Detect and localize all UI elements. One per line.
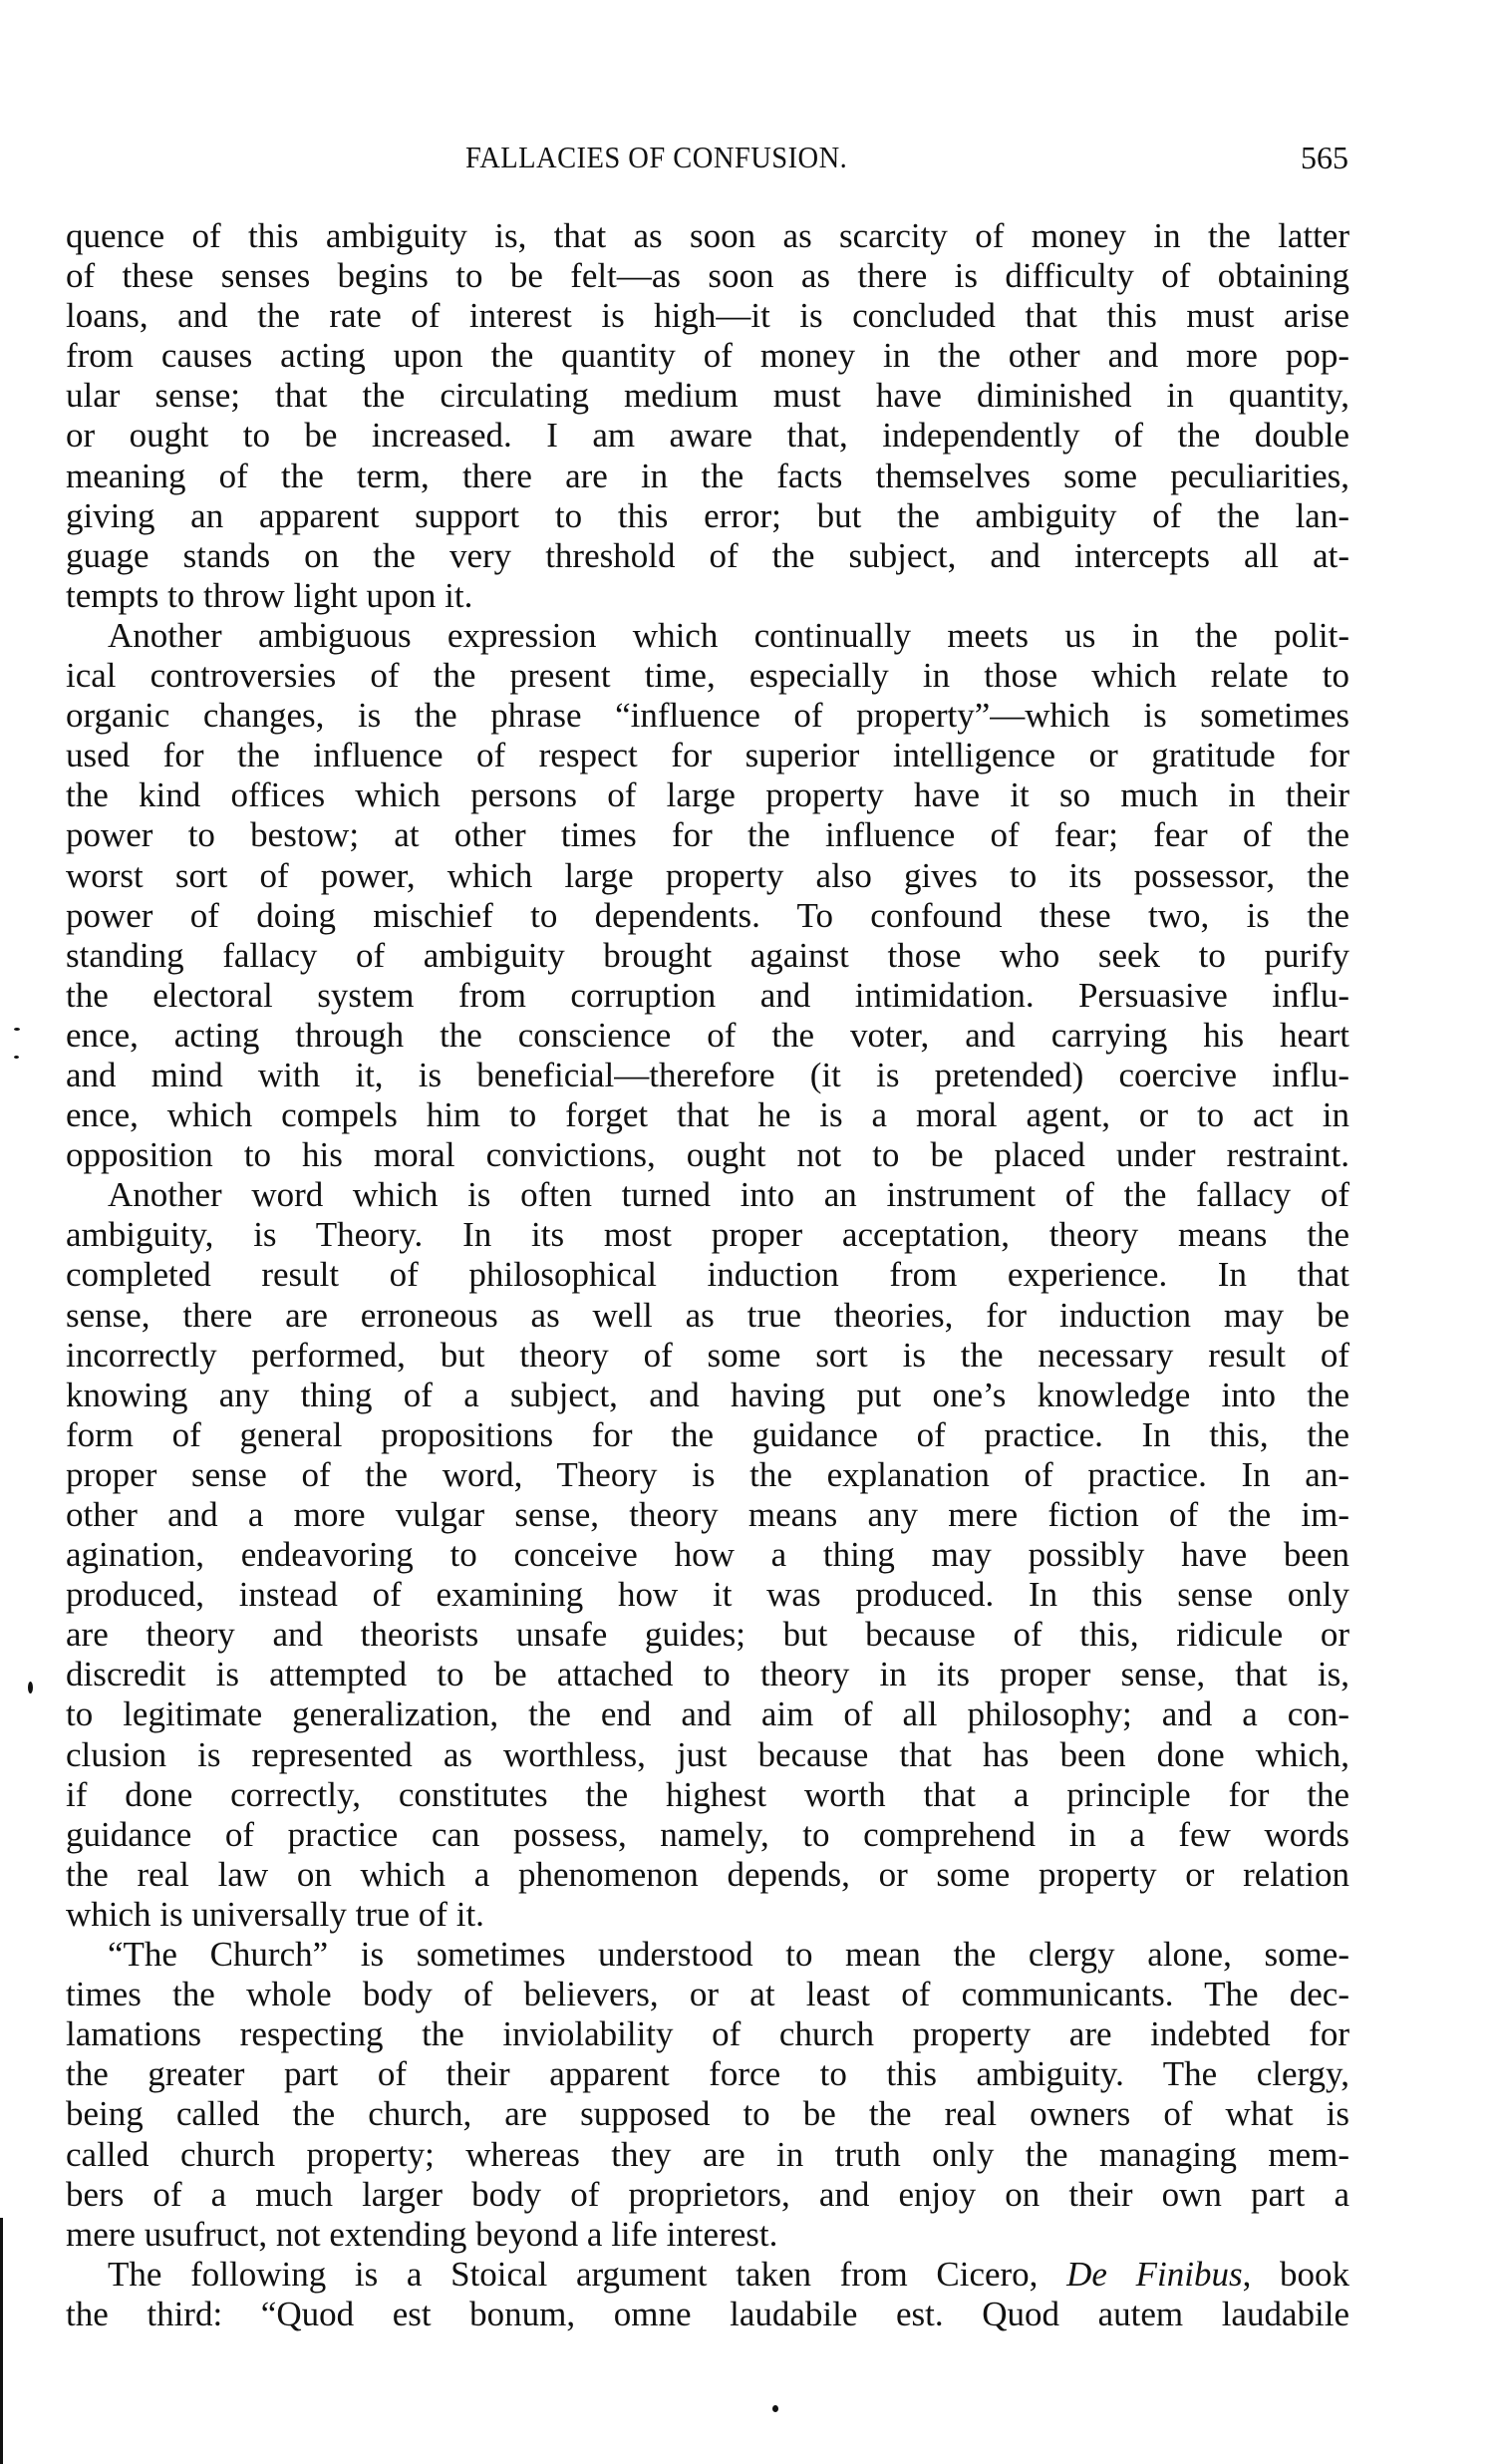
text-line: are theory and theorists unsafe guides; … <box>66 1615 1349 1655</box>
text-line: the greater part of their apparent force… <box>66 2054 1349 2094</box>
page-number: 565 <box>1301 138 1348 177</box>
paragraph-end-line: which is universally true of it. <box>66 1895 1349 1935</box>
line-text: , book <box>1243 2255 1349 2294</box>
margin-speck <box>14 1028 20 1031</box>
text-line: completed result of philosophical induct… <box>66 1255 1349 1295</box>
paragraph-end-line: tempts to throw light upon it. <box>66 576 1349 616</box>
text-line: ence, which compels him to forget that h… <box>66 1095 1349 1135</box>
line-text: The following is a Stoical argument take… <box>108 2255 1066 2294</box>
margin-speck <box>28 1682 33 1694</box>
text-line: clusion is represented as worthless, jus… <box>66 1735 1349 1775</box>
text-line: ular sense; that the circulating medium … <box>66 376 1349 416</box>
text-line: the third: “Quod est bonum, omne laudabi… <box>66 2295 1349 2334</box>
text-line: sense, there are erroneous as well as tr… <box>66 1296 1349 1336</box>
paragraph-end-line: opposition to his moral convictions, oug… <box>66 1135 1349 1175</box>
text-line: times the whole body of believers, or at… <box>66 1975 1349 2014</box>
text-line: power to bestow; at other times for the … <box>66 815 1349 855</box>
text-line: from causes acting upon the quantity of … <box>66 336 1349 376</box>
text-line: discredit is attempted to be attached to… <box>66 1655 1349 1694</box>
text-line: if done correctly, constitutes the highe… <box>66 1775 1349 1815</box>
text-line: lamations respecting the inviolability o… <box>66 2014 1349 2054</box>
text-line: meaning of the term, there are in the fa… <box>66 457 1349 496</box>
text-line: guage stands on the very threshold of th… <box>66 536 1349 576</box>
book-title-italic: De Finibus <box>1066 2255 1242 2294</box>
text-line: loans, and the rate of interest is high—… <box>66 296 1349 336</box>
text-line: or ought to be increased. I am aware tha… <box>66 416 1349 456</box>
text-line: the real law on which a phenomenon depen… <box>66 1855 1349 1895</box>
text-line: used for the influence of respect for su… <box>66 736 1349 775</box>
text-line: and mind with it, is beneficial—therefor… <box>66 1056 1349 1095</box>
text-line: being called the church, are supposed to… <box>66 2094 1349 2134</box>
text-line: giving an apparent support to this error… <box>66 496 1349 536</box>
text-line: quence of this ambiguity is, that as soo… <box>66 216 1349 256</box>
running-head: FALLACIES OF CONFUSION. 565 <box>0 138 1490 177</box>
text-line: to legitimate generalization, the end an… <box>66 1694 1349 1734</box>
text-line: proper sense of the word, Theory is the … <box>66 1455 1349 1495</box>
text-line: ambiguity, is Theory. In its most proper… <box>66 1215 1349 1255</box>
paragraph-start-line: “The Church” is sometimes understood to … <box>66 1935 1349 1975</box>
text-line: of these senses begins to be felt—as soo… <box>66 256 1349 296</box>
text-line: standing fallacy of ambiguity brought ag… <box>66 936 1349 976</box>
text-line: guidance of practice can possess, namely… <box>66 1815 1349 1855</box>
text-line: form of general propositions for the gui… <box>66 1415 1349 1455</box>
text-line: power of doing mischief to dependents. T… <box>66 896 1349 936</box>
text-line: called church property; whereas they are… <box>66 2135 1349 2175</box>
paragraph-start-line: Another ambiguous expression which conti… <box>66 616 1349 656</box>
paragraph-start-line: Another word which is often turned into … <box>66 1175 1349 1215</box>
text-line: produced, instead of examining how it wa… <box>66 1575 1349 1615</box>
text-line: worst sort of power, which large propert… <box>66 856 1349 896</box>
paragraph-end-line: mere usufruct, not extending beyond a li… <box>66 2215 1349 2255</box>
text-line: other and a more vulgar sense, theory me… <box>66 1495 1349 1535</box>
margin-speck <box>14 1056 19 1059</box>
text-line: ical controversies of the present time, … <box>66 656 1349 696</box>
text-line: organic changes, is the phrase “influenc… <box>66 696 1349 736</box>
text-line: agination, endeavoring to conceive how a… <box>66 1535 1349 1575</box>
text-line: the kind offices which persons of large … <box>66 775 1349 815</box>
text-line: ence, acting through the conscience of t… <box>66 1016 1349 1056</box>
margin-speck <box>772 2405 778 2412</box>
text-line: bers of a much larger body of proprietor… <box>66 2175 1349 2215</box>
text-line: the electoral system from corruption and… <box>66 976 1349 1016</box>
chapter-title: FALLACIES OF CONFUSION. <box>465 138 847 177</box>
text-line: incorrectly performed, but theory of som… <box>66 1336 1349 1376</box>
text-line: knowing any thing of a subject, and havi… <box>66 1376 1349 1415</box>
page-body: quence of this ambiguity is, that as soo… <box>66 216 1349 2334</box>
paragraph-start-line: The following is a Stoical argument take… <box>66 2255 1349 2295</box>
page-edge-rule <box>0 2218 3 2464</box>
